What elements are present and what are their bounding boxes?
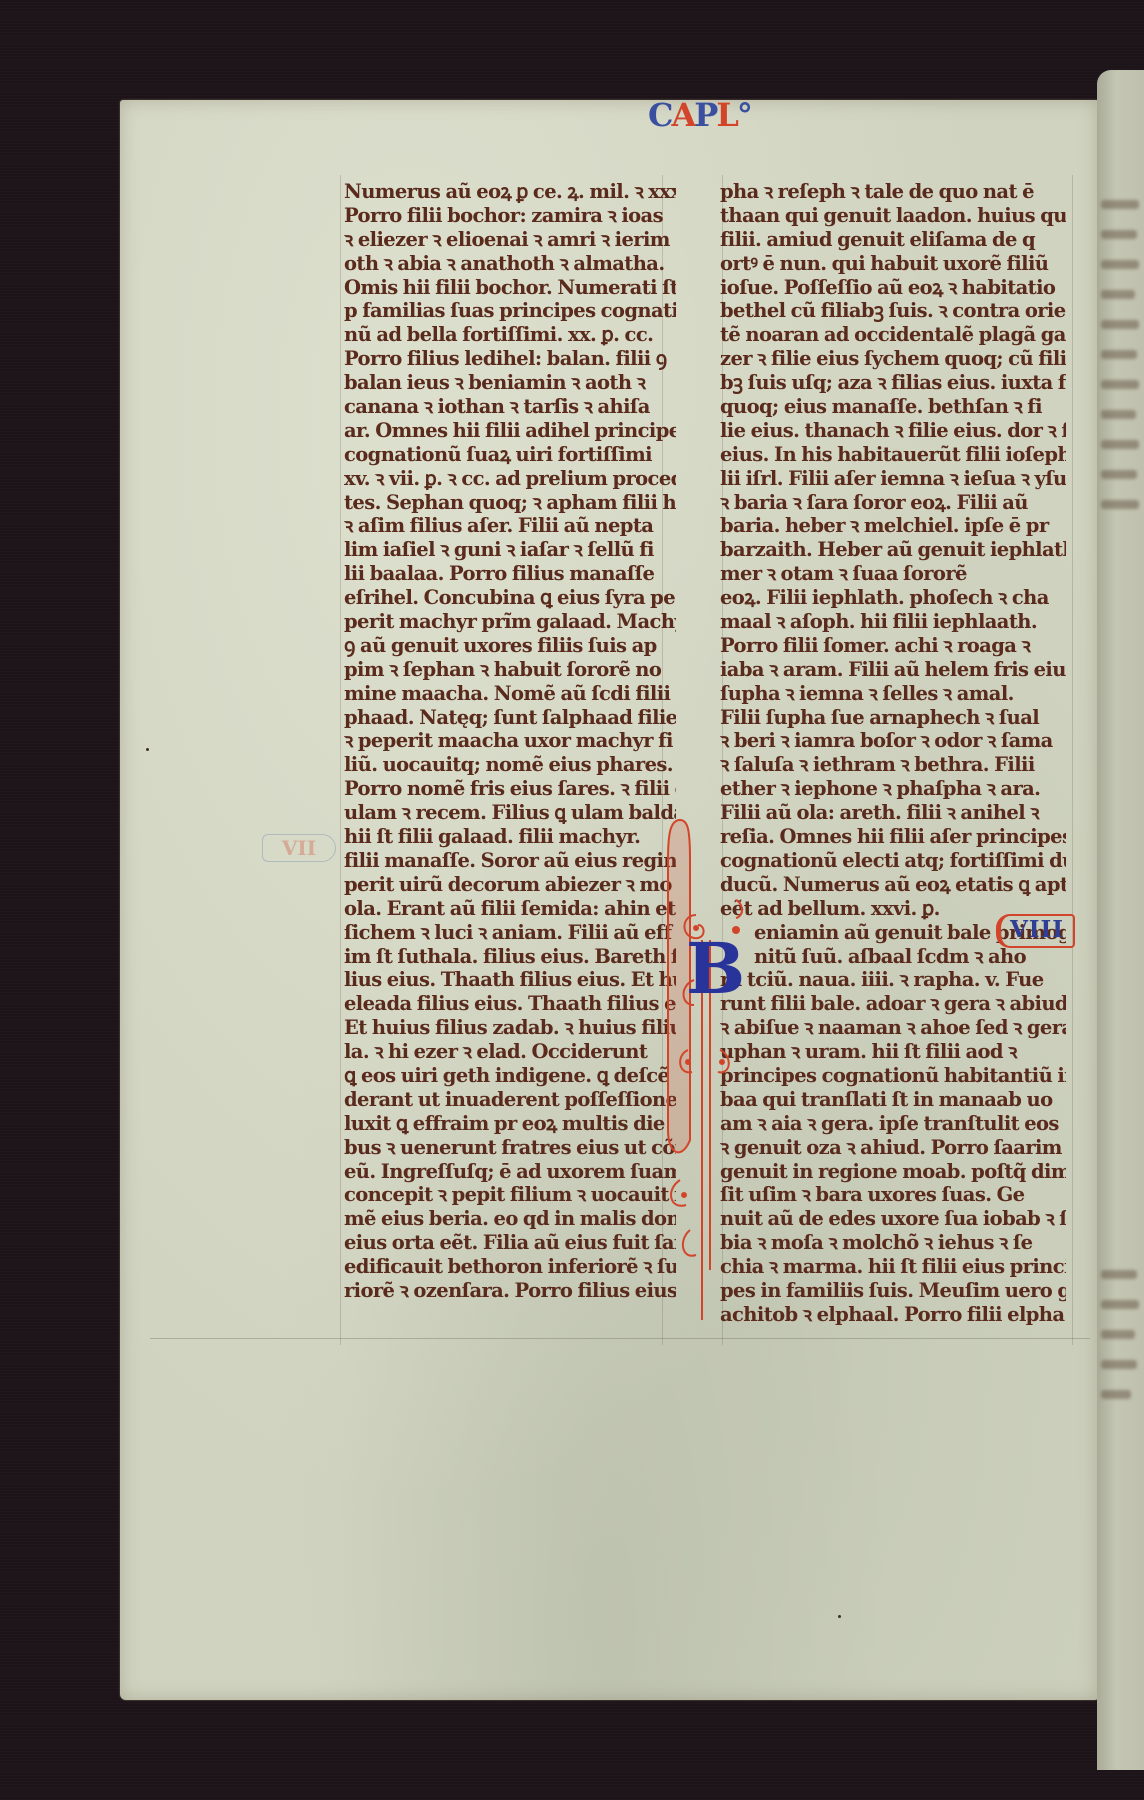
text-line: cognationũ electi atq; fortiſſimi duces <box>720 849 1066 873</box>
decorated-initial-b: B <box>686 938 756 1000</box>
text-line: concepit ꝛ pepit filium ꝛ uocauit no <box>344 1183 676 1207</box>
text-line: ꝛ aſim filius aſer. Filii aũ nepta <box>344 514 676 538</box>
bleed-through-line <box>1101 350 1137 359</box>
text-line: ſupha ꝛ iemna ꝛ ſelles ꝛ amal. <box>720 682 1066 706</box>
text-line: zer ꝛ filie eius ſychem quoq; cũ filia <box>720 347 1066 371</box>
text-line: bethel cũ filiabꝫ ſuis. ꝛ contra orien <box>720 299 1066 323</box>
text-line: eleada filius eius. Thaath filius eius. <box>344 992 676 1016</box>
text-column-left: Numerus aũ eoꝝ ꝑ ce. ꝝ. mil. ꝛ xxxvii.Po… <box>344 180 676 1303</box>
pen-flourish-decoration <box>640 800 750 1320</box>
bleed-through-line <box>1101 290 1135 299</box>
text-line: Et huius filius zadab. ꝛ huius filius ſu… <box>344 1016 676 1040</box>
text-line: im ſt ſuthala. filius eius. Bareth fi <box>344 945 676 969</box>
text-line: pim ꝛ ſephan ꝛ habuit ſororẽ no <box>344 658 676 682</box>
text-line: bꝫ ſuis uſq; aza ꝛ filias eius. iuxta fi… <box>720 371 1066 395</box>
bleed-through-line <box>1101 410 1136 419</box>
ruling-line <box>340 175 341 1345</box>
text-line: nũ ad bella fortiſſimi. xx. ꝑ. cc. <box>344 323 676 347</box>
text-line: nuit aũ de edes uxore ſua iobab ꝛ ſe <box>720 1207 1066 1231</box>
text-line: achitob ꝛ elphaal. Porro filii elpha <box>720 1303 1066 1327</box>
text-line: eoꝝ. Filii iephlath. phoſech ꝛ cha <box>720 586 1066 610</box>
text-line: lius eius. Thaath filius eius. Et huius <box>344 968 676 992</box>
text-line: Porro filii ſomer. achi ꝛ roaga ꝛ <box>720 634 1066 658</box>
running-head-cap: CAPL° <box>648 96 751 134</box>
text-line: pha ꝛ reſeph ꝛ tale de quo nat ē <box>720 180 1066 204</box>
text-line: eius. In his habitauerũt filii ioſeph fi <box>720 443 1066 467</box>
next-leaf-edge <box>1097 70 1144 1770</box>
bleed-through-line <box>1101 260 1139 269</box>
bleed-through-line <box>1101 200 1139 209</box>
text-line: Porro filii bochor: zamira ꝛ ioas <box>344 204 676 228</box>
text-line: balan ieus ꝛ beniamin ꝛ aoth ꝛ <box>344 371 676 395</box>
bleed-through-line <box>1101 1300 1139 1309</box>
text-line: iaba ꝛ aram. Filii aũ helem fris eius <box>720 658 1066 682</box>
text-line: Porro filius ledihel: balan. filii ꝯ <box>344 347 676 371</box>
text-line: baa qui tranſlati ſt in manaab uo <box>720 1088 1066 1112</box>
text-line: Filii aũ ola: areth. filii ꝛ anihel ꝛ <box>720 801 1066 825</box>
text-line: ola. Erant aũ filii ſemida: ahin et <box>344 897 676 921</box>
text-line: Porro nomẽ fris eius ſares. ꝛ filii eius <box>344 777 676 801</box>
text-line: uphan ꝛ uram. hii ſt filii aod ꝛ <box>720 1040 1066 1064</box>
text-line: lii baalaa. Porro filius manaſſe <box>344 562 676 586</box>
text-line: barzaith. Heber aũ genuit iephlath ꝛ ſo <box>720 538 1066 562</box>
text-line: eũ. Ingreſſuſq; ē ad uxorem ſuam. Que <box>344 1160 676 1184</box>
text-line: mẽ eius beria. eo qd in malis domus <box>344 1207 676 1231</box>
chapter-marker-viii: VIII <box>996 914 1075 948</box>
text-line: tes. Sephan quoq; ꝛ apham filii hir <box>344 491 676 515</box>
text-line: genuit in regione moab. poſtq̃ dimi <box>720 1160 1066 1184</box>
text-line: tẽ noaran ad occidentalẽ plagã ga <box>720 323 1066 347</box>
text-line: baria. heber ꝛ melchiel. ipſe ē pr <box>720 514 1066 538</box>
text-line: principes cognationũ habitantiũ in ga <box>720 1064 1066 1088</box>
text-line: bus ꝛ uenerunt fratres eius ut cõſolaren… <box>344 1136 676 1160</box>
bleed-through-line <box>1101 440 1139 449</box>
ruling-line <box>150 1338 1090 1339</box>
text-line: maal ꝛ aſoph. hii filii iephlaath. <box>720 610 1066 634</box>
text-line: ar. Omnes hii filii adihel principes <box>344 419 676 443</box>
running-head-suffix: ° <box>737 96 751 134</box>
text-line: nitũ ſuũ. aſbaal ſcdm ꝛ aho <box>720 945 1066 969</box>
running-head-letter: P <box>694 96 716 134</box>
bleed-through-line <box>1101 320 1139 329</box>
text-line: ꝗ eos uiri geth indigene. ꝗ deſcẽ <box>344 1064 676 1088</box>
text-line: derant ut inuaderent poſſeſſiones eoꝝ <box>344 1088 676 1112</box>
bleed-through-line <box>1101 230 1137 239</box>
text-line: ether ꝛ iephone ꝛ phaſpha ꝛ ara. <box>720 777 1066 801</box>
running-head-letter: L <box>716 96 737 134</box>
text-line: mine maacha. Nomẽ aũ ſcdi filii ſal <box>344 682 676 706</box>
text-line: ſichem ꝛ luci ꝛ aniam. Filii aũ eff <box>344 921 676 945</box>
running-head-letter: C <box>648 96 671 134</box>
bleed-through-line <box>1101 470 1137 479</box>
text-line: cognationũ ſuaꝝ uiri fortiſſimi <box>344 443 676 467</box>
text-line: ꝛ ſaluſa ꝛ iethram ꝛ bethra. Filii <box>720 753 1066 777</box>
text-line: eſrihel. Concubina ꝗ eius ſyra pe <box>344 586 676 610</box>
text-line: bia ꝛ moſa ꝛ molchõ ꝛ iehus ꝛ ſe <box>720 1231 1066 1255</box>
text-line: Numerus aũ eoꝝ ꝑ ce. ꝝ. mil. ꝛ xxxvii. <box>344 180 676 204</box>
text-line: filii. amiud genuit eliſama de q <box>720 228 1066 252</box>
text-line: xv. ꝛ vii. ꝑ. ꝛ cc. ad prelium procedẽ <box>344 467 676 491</box>
text-line: ꝛ genuit oza ꝛ ahiud. Porro ſaarim <box>720 1136 1066 1160</box>
ruling-line <box>1072 175 1073 1345</box>
text-line: riorẽ ꝛ ozenſara. Porro filius eius ra <box>344 1279 676 1303</box>
text-line: oth ꝛ abia ꝛ anathoth ꝛ almatha. <box>344 252 676 276</box>
text-line: Omis hii filii bochor. Numerati ſt aũ <box>344 276 676 300</box>
text-line: lii iſrl. Filii aſer iemna ꝛ ieſua ꝛ yſu… <box>720 467 1066 491</box>
text-line: canana ꝛ iothan ꝛ tarſis ꝛ ahiſa <box>344 395 676 419</box>
text-line: am ꝛ aia ꝛ gera. ipſe tranſtulit eos <box>720 1112 1066 1136</box>
text-line: ioſue. Poſſeſſio aũ eoꝝ ꝛ habitatio <box>720 276 1066 300</box>
bleed-through-line <box>1101 1270 1137 1279</box>
text-line: quoq; eius manaſſe. bethſan ꝛ fi <box>720 395 1066 419</box>
text-line: ꝛ baria ꝛ ſara ſoror eoꝝ. Filii aũ <box>720 491 1066 515</box>
bleed-through-line <box>1101 500 1139 509</box>
text-line: ꝛ abiſue ꝛ naaman ꝛ ahoe ſed ꝛ gera ꝛ ſe… <box>720 1016 1066 1040</box>
text-column-right: pha ꝛ reſeph ꝛ tale de quo nat ēthaan qu… <box>720 180 1066 1327</box>
ink-speck <box>838 1615 841 1618</box>
text-line: lim iaſiel ꝛ guni ꝛ iaſar ꝛ ſellũ fi <box>344 538 676 562</box>
text-line: chia ꝛ marma. hii ſt filii eius principe… <box>720 1255 1066 1279</box>
text-line: liũ. uocauitq; nomẽ eius phares. <box>344 753 676 777</box>
text-line: ra tciũ. naua. iiii. ꝛ rapha. v. Fue <box>720 968 1066 992</box>
chapter-marker-vii: VII <box>262 834 336 862</box>
text-line: edificauit bethoron inferiorẽ ꝛ ſup <box>344 1255 676 1279</box>
text-line: luxit ꝗ effraim pr eoꝝ multis die <box>344 1112 676 1136</box>
text-line: lie eius. thanach ꝛ filie eius. dor ꝛ fi… <box>720 419 1066 443</box>
text-line: ſit uſim ꝛ bara uxores ſuas. Ge <box>720 1183 1066 1207</box>
text-line: ꝛ beri ꝛ iamra boſor ꝛ odor ꝛ ſama <box>720 729 1066 753</box>
bleed-through-line <box>1101 1330 1135 1339</box>
text-line: p familias ſuas principes cognatio <box>344 299 676 323</box>
text-line: perit machyr prĩm galaad. Machyr <box>344 610 676 634</box>
text-line: hii ſt filii galaad. filii machyr. <box>344 825 676 849</box>
text-line: runt filii bale. adoar ꝛ gera ꝛ abiud <box>720 992 1066 1016</box>
text-line: thaan qui genuit laadon. huius quoq; <box>720 204 1066 228</box>
pricking-mark <box>146 748 149 751</box>
text-line: ducũ. Numerus aũ eoꝝ etatis ꝗ apta <box>720 873 1066 897</box>
text-line: eius orta eẽt. Filia aũ eius fuit ſara q… <box>344 1231 676 1255</box>
text-line: perit uirũ decorum abiezer ꝛ mo <box>344 873 676 897</box>
text-line: reſia. Omnes hii filii aſer principes <box>720 825 1066 849</box>
text-line: phaad. Natęq; ſunt ſalphaad filie <box>344 706 676 730</box>
running-head-letter: A <box>671 96 694 134</box>
text-line: la. ꝛ hi ezer ꝛ elad. Occiderunt <box>344 1040 676 1064</box>
text-line: mer ꝛ otam ꝛ ſuaa ſororẽ <box>720 562 1066 586</box>
bleed-through-line <box>1101 1390 1131 1399</box>
text-line: ulam ꝛ recem. Filius ꝗ ulam balda <box>344 801 676 825</box>
bleed-through-line <box>1101 1360 1137 1369</box>
text-line: pes in familiis ſuis. Meuſim uero genuit <box>720 1279 1066 1303</box>
text-line: filii manaſſe. Soror aũ eius regina pe <box>344 849 676 873</box>
text-line: Filii ſupha ſue arnaphech ꝛ ſual <box>720 706 1066 730</box>
bleed-through-line <box>1101 380 1139 389</box>
text-line: ꝛ peperit maacha uxor machyr fi <box>344 729 676 753</box>
text-line: ꝛ eliezer ꝛ elioenai ꝛ amri ꝛ ierim <box>344 228 676 252</box>
text-line: ꝯ aũ genuit uxores filiis ſuis ap <box>344 634 676 658</box>
text-line: ortꝰ ē nun. qui habuit uxorẽ filiũ <box>720 252 1066 276</box>
